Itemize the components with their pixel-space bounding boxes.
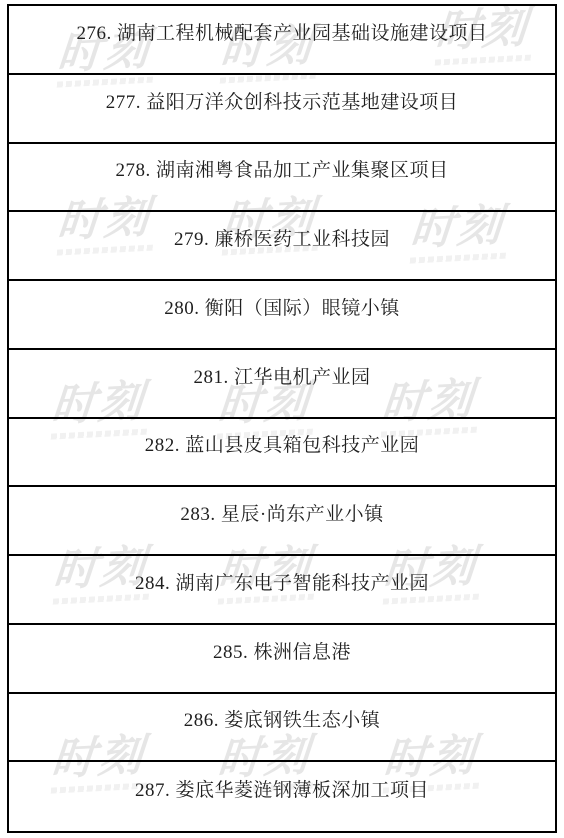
project-item-label: 287. 娄底华菱涟钢薄板深加工项目	[135, 775, 429, 802]
table-row: 286. 娄底钢铁生态小镇	[9, 694, 555, 763]
table-row: 287. 娄底华菱涟钢薄板深加工项目	[9, 762, 555, 831]
project-item-label: 276. 湖南工程机械配套产业园基础设施建设项目	[76, 18, 487, 45]
project-item-label: 277. 益阳万洋众创科技示范基地建设项目	[106, 87, 459, 114]
project-item-label: 283. 星辰·尚东产业小镇	[180, 499, 383, 526]
table-row: 278. 湖南湘粤食品加工产业集聚区项目	[9, 144, 555, 213]
table-row: 276. 湖南工程机械配套产业园基础设施建设项目	[9, 6, 555, 75]
project-list-table: 276. 湖南工程机械配套产业园基础设施建设项目277. 益阳万洋众创科技示范基…	[7, 4, 557, 833]
table-row: 281. 江华电机产业园	[9, 350, 555, 419]
project-item-label: 282. 蓝山县皮具箱包科技产业园	[145, 430, 420, 457]
document-page: 时刻时刻时刻时刻时刻时刻时刻时刻时刻时刻时刻时刻时刻时刻时刻 276. 湖南工程…	[0, 0, 564, 838]
table-row: 277. 益阳万洋众创科技示范基地建设项目	[9, 75, 555, 144]
project-item-label: 284. 湖南广东电子智能科技产业园	[135, 568, 429, 595]
project-item-label: 280. 衡阳（国际）眼镜小镇	[164, 293, 400, 320]
project-item-label: 281. 江华电机产业园	[193, 362, 370, 389]
project-item-label: 285. 株洲信息港	[213, 637, 351, 664]
table-row: 285. 株洲信息港	[9, 625, 555, 694]
table-row: 283. 星辰·尚东产业小镇	[9, 487, 555, 556]
project-item-label: 278. 湖南湘粤食品加工产业集聚区项目	[115, 155, 448, 182]
table-row: 284. 湖南广东电子智能科技产业园	[9, 556, 555, 625]
project-item-label: 279. 廉桥医药工业科技园	[174, 224, 390, 251]
project-item-label: 286. 娄底钢铁生态小镇	[184, 705, 381, 732]
table-row: 279. 廉桥医药工业科技园	[9, 212, 555, 281]
table-row: 280. 衡阳（国际）眼镜小镇	[9, 281, 555, 350]
table-row: 282. 蓝山县皮具箱包科技产业园	[9, 419, 555, 488]
